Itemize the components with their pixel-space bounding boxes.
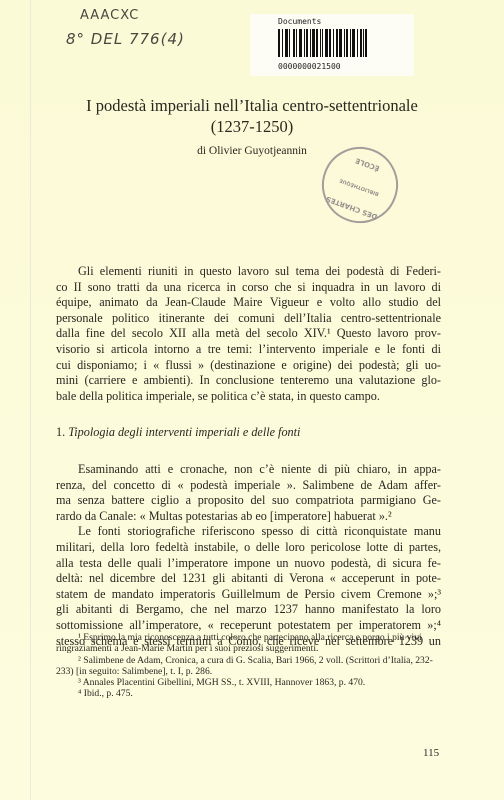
section-heading: 1. Tipologia degli interventi imperiali … bbox=[56, 425, 300, 440]
text-line: visorio si articola intorno a tre temi: … bbox=[56, 342, 441, 358]
footnote-3: ³ Annales Placentini Gibellini, MGH SS.,… bbox=[56, 677, 441, 688]
scanned-page: AAACXC 8° DEL 776(4) Documents 000000002… bbox=[0, 0, 504, 800]
handwritten-shelfmark-code: AAACXC bbox=[80, 8, 139, 23]
text-line: équipe, animato da Jean-Claude Maire Vig… bbox=[56, 295, 441, 311]
text-line: rardo da Canale: « Multas potestarias ab… bbox=[56, 509, 441, 525]
page-number: 115 bbox=[423, 747, 439, 759]
section-title: Tipologia degli interventi imperiali e d… bbox=[68, 425, 300, 439]
footnote-4: ⁴ Ibid., p. 475. bbox=[56, 688, 441, 699]
article-author: di Olivier Guyotjeannin bbox=[0, 145, 504, 157]
footnote-2: ² Salimbene de Adam, Cronica, a cura di … bbox=[56, 655, 441, 678]
text-line: gli abitanti di Bergamo, che nel marzo 1… bbox=[56, 602, 441, 618]
barcode-icon bbox=[278, 29, 386, 57]
article-title-dates: (1237-1250) bbox=[0, 117, 504, 137]
text-line: Gli elementi riuniti in questo lavoro su… bbox=[56, 264, 441, 280]
text-line: co II sono tratti da una ricerca in cors… bbox=[56, 280, 441, 296]
text-line: personale politico itinerante dei comuni… bbox=[56, 311, 441, 327]
handwritten-shelfmark-number: 8° DEL 776(4) bbox=[66, 30, 185, 48]
text-line: Esaminando atti e cronache, non c’è nien… bbox=[56, 462, 441, 478]
barcode-label: Documents 0000000021500 bbox=[250, 14, 414, 76]
barcode-header: Documents bbox=[278, 17, 321, 26]
text-line: deltà: nel dicembre del 1231 gli abitant… bbox=[56, 571, 441, 587]
text-line: mini (carriere e ambienti). In conclusio… bbox=[56, 373, 441, 389]
text-line: militari, della loro fedeltà instabile, … bbox=[56, 540, 441, 556]
barcode-number: 0000000021500 bbox=[278, 62, 341, 71]
footnote-1: ¹ Esprimo la mia riconoscenza a tutti co… bbox=[56, 632, 441, 655]
article-title: I podestà imperiali nell’Italia centro-s… bbox=[0, 96, 504, 116]
text-line: Le fonti storiografiche riferiscono spes… bbox=[56, 524, 441, 540]
text-line: bale della politica imperiale, se politi… bbox=[56, 389, 441, 405]
text-line: renza, del concetto di « podestà imperia… bbox=[56, 478, 441, 494]
text-line: cui disponiamo; i « flussi » (destinazio… bbox=[56, 358, 441, 374]
intro-paragraph: Gli elementi riuniti in questo lavoro su… bbox=[56, 264, 441, 404]
body-paragraphs: Esaminando atti e cronache, non c’è nien… bbox=[56, 462, 441, 649]
text-line: alla testa delle quali l’imperatore impo… bbox=[56, 556, 441, 572]
text-line: statem de mandato imperatoris Guillelmum… bbox=[56, 587, 441, 603]
text-line: ma senza battere ciglio a proposito del … bbox=[56, 493, 441, 509]
text-line: dalla fine del secolo XII alla metà del … bbox=[56, 326, 441, 342]
section-number: 1. bbox=[56, 425, 65, 439]
footnotes: ¹ Esprimo la mia riconoscenza a tutti co… bbox=[56, 632, 441, 700]
